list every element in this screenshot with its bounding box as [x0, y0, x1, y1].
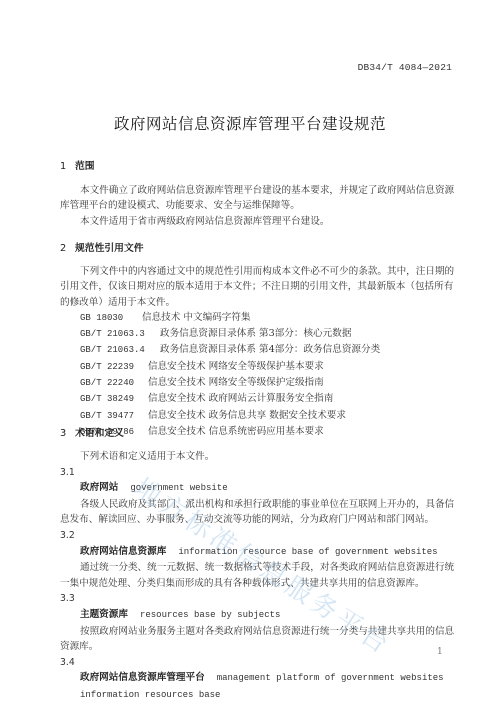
term-name: 政府网站government website [60, 480, 460, 497]
reference-item: GB/T 39477信息安全技术 政务信息共享 数据安全技术要求 [60, 408, 460, 424]
paragraph: 本文件适用于省市两级政府网站信息资源库管理平台建设。 [60, 214, 460, 229]
scope-body: 本文件确立了政府网站信息资源库管理平台建设的基本要求，并规定了政府网站信息资源库… [60, 183, 460, 229]
term-definition: 各级人民政府及其部门、派出机构和承担行政职能的事业单位在互联网上开办的，具备信息… [60, 497, 460, 528]
term-number: 3.1 [60, 465, 460, 481]
paragraph: 下列文件中的内容通过文中的规范性引用而构成本文件必不可少的条款。其中，注日期的引… [60, 264, 460, 310]
reference-code: GB/T 22239 [80, 360, 148, 375]
reference-title: 信息安全技术 网络安全等级保护基本要求 [148, 361, 324, 372]
term-en: resources base by subjects [140, 610, 280, 620]
term-number: 3.2 [60, 528, 460, 544]
section-heading-terms-definitions: 3术语和定义 [60, 425, 124, 439]
term-zh: 政府网站 [80, 482, 118, 493]
section-number: 1 [60, 161, 75, 172]
reference-item: GB/T 21063.3政务信息资源目录体系 第3部分：核心元数据 [60, 326, 460, 342]
reference-title: 政务信息资源目录体系 第4部分：政务信息资源分类 [160, 344, 380, 355]
section-title: 术语和定义 [75, 428, 124, 439]
term-name: 主题资源库resources base by subjects [60, 607, 460, 624]
term-zh: 政府网站信息资源库管理平台 [80, 672, 205, 683]
reference-code: GB/T 21063.3 [80, 327, 160, 342]
reference-item: GB/T 21063.4政务信息资源目录体系 第4部分：政务信息资源分类 [60, 342, 460, 358]
reference-code: GB/T 39477 [80, 409, 148, 424]
reference-code: GB 18030 [80, 311, 142, 326]
term-en: government website [130, 483, 227, 493]
term-name: 政府网站信息资源库information resource base of go… [60, 544, 460, 561]
section-heading-scope: 1范围 [60, 158, 95, 172]
term-definition: 按照政府网站业务服务主题对各类政府网站信息资源进行统一分类与共建共享共用的信息资… [60, 624, 460, 655]
term-zh: 主题资源库 [80, 609, 128, 620]
reference-item: GB/T 22240信息安全技术 网络安全等级保护定级指南 [60, 375, 460, 391]
reference-title: 信息技术 中文编码字符集 [142, 312, 251, 323]
document-code: DB34/T 4084—2021 [358, 62, 452, 73]
reference-title: 信息安全技术 网络安全等级保护定级指南 [148, 377, 324, 388]
paragraph: 本文件确立了政府网站信息资源库管理平台建设的基本要求，并规定了政府网站信息资源库… [60, 183, 460, 214]
references-body: 下列文件中的内容通过文中的规范性引用而构成本文件必不可少的条款。其中，注日期的引… [60, 264, 460, 440]
term-name: 政府网站信息资源库管理平台management platform of gove… [60, 670, 460, 703]
section-heading-normative-references: 2规范性引用文件 [60, 240, 144, 254]
section-title: 范围 [75, 161, 95, 172]
page-number: 1 [437, 647, 443, 657]
section-number: 2 [60, 243, 75, 254]
reference-item: GB/T 38249信息安全技术 政府网站云计算服务安全指南 [60, 391, 460, 407]
reference-title: 政务信息资源目录体系 第3部分：核心元数据 [160, 328, 351, 339]
reference-item: GB 18030信息技术 中文编码字符集 [60, 310, 460, 326]
reference-code: GB/T 21063.4 [80, 343, 160, 358]
term-zh: 政府网站信息资源库 [80, 546, 166, 557]
reference-title: 信息安全技术 信息系统密码应用基本要求 [148, 426, 324, 437]
term-definition: 通过统一分类、统一元数据、统一数据格式等技术手段，对各类政府网站信息资源进行统一… [60, 560, 460, 591]
term-en: information resource base of government … [178, 547, 437, 557]
section-number: 3 [60, 428, 75, 439]
reference-item: GB/T 22239信息安全技术 网络安全等级保护基本要求 [60, 359, 460, 375]
section-title: 规范性引用文件 [75, 243, 144, 254]
term-number: 3.3 [60, 591, 460, 607]
reference-code: GB/T 38249 [80, 392, 148, 407]
reference-code: GB/T 22240 [80, 376, 148, 391]
terms-body: 下列术语和定义适用于本文件。 3.1 政府网站government websit… [60, 449, 460, 704]
reference-title: 信息安全技术 政府网站云计算服务安全指南 [148, 393, 333, 404]
term-number: 3.4 [60, 655, 460, 671]
document-title: 政府网站信息资源库管理平台建设规范 [0, 112, 500, 134]
reference-title: 信息安全技术 政务信息共享 数据安全技术要求 [148, 410, 346, 421]
paragraph: 下列术语和定义适用于本文件。 [60, 449, 460, 465]
